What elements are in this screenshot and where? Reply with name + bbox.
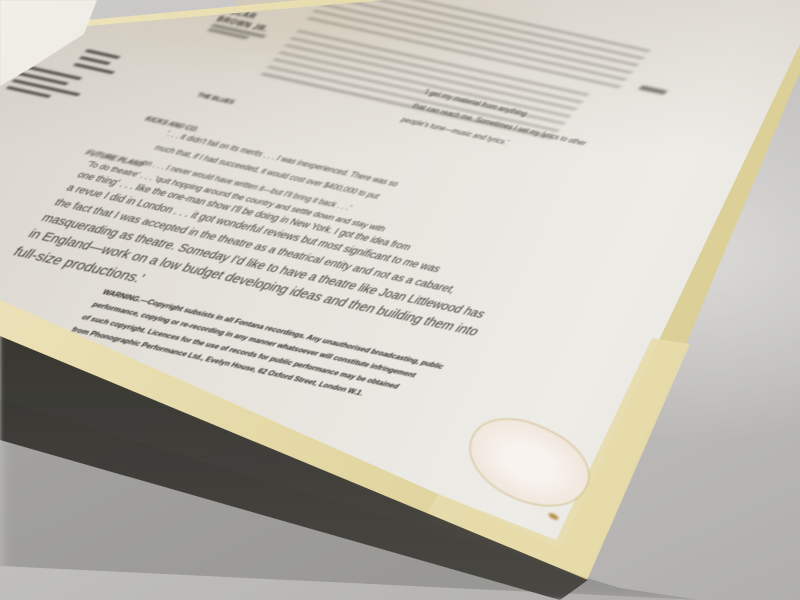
photo-of-record-sleeve: OSCAR BROWN JR. THE [0,0,800,600]
blurred-track-title [79,56,110,65]
section-heading-the-blues: THE BLUES [195,92,236,106]
catalogue-number-smudge [639,86,667,95]
tracklist-side-one [73,49,126,74]
